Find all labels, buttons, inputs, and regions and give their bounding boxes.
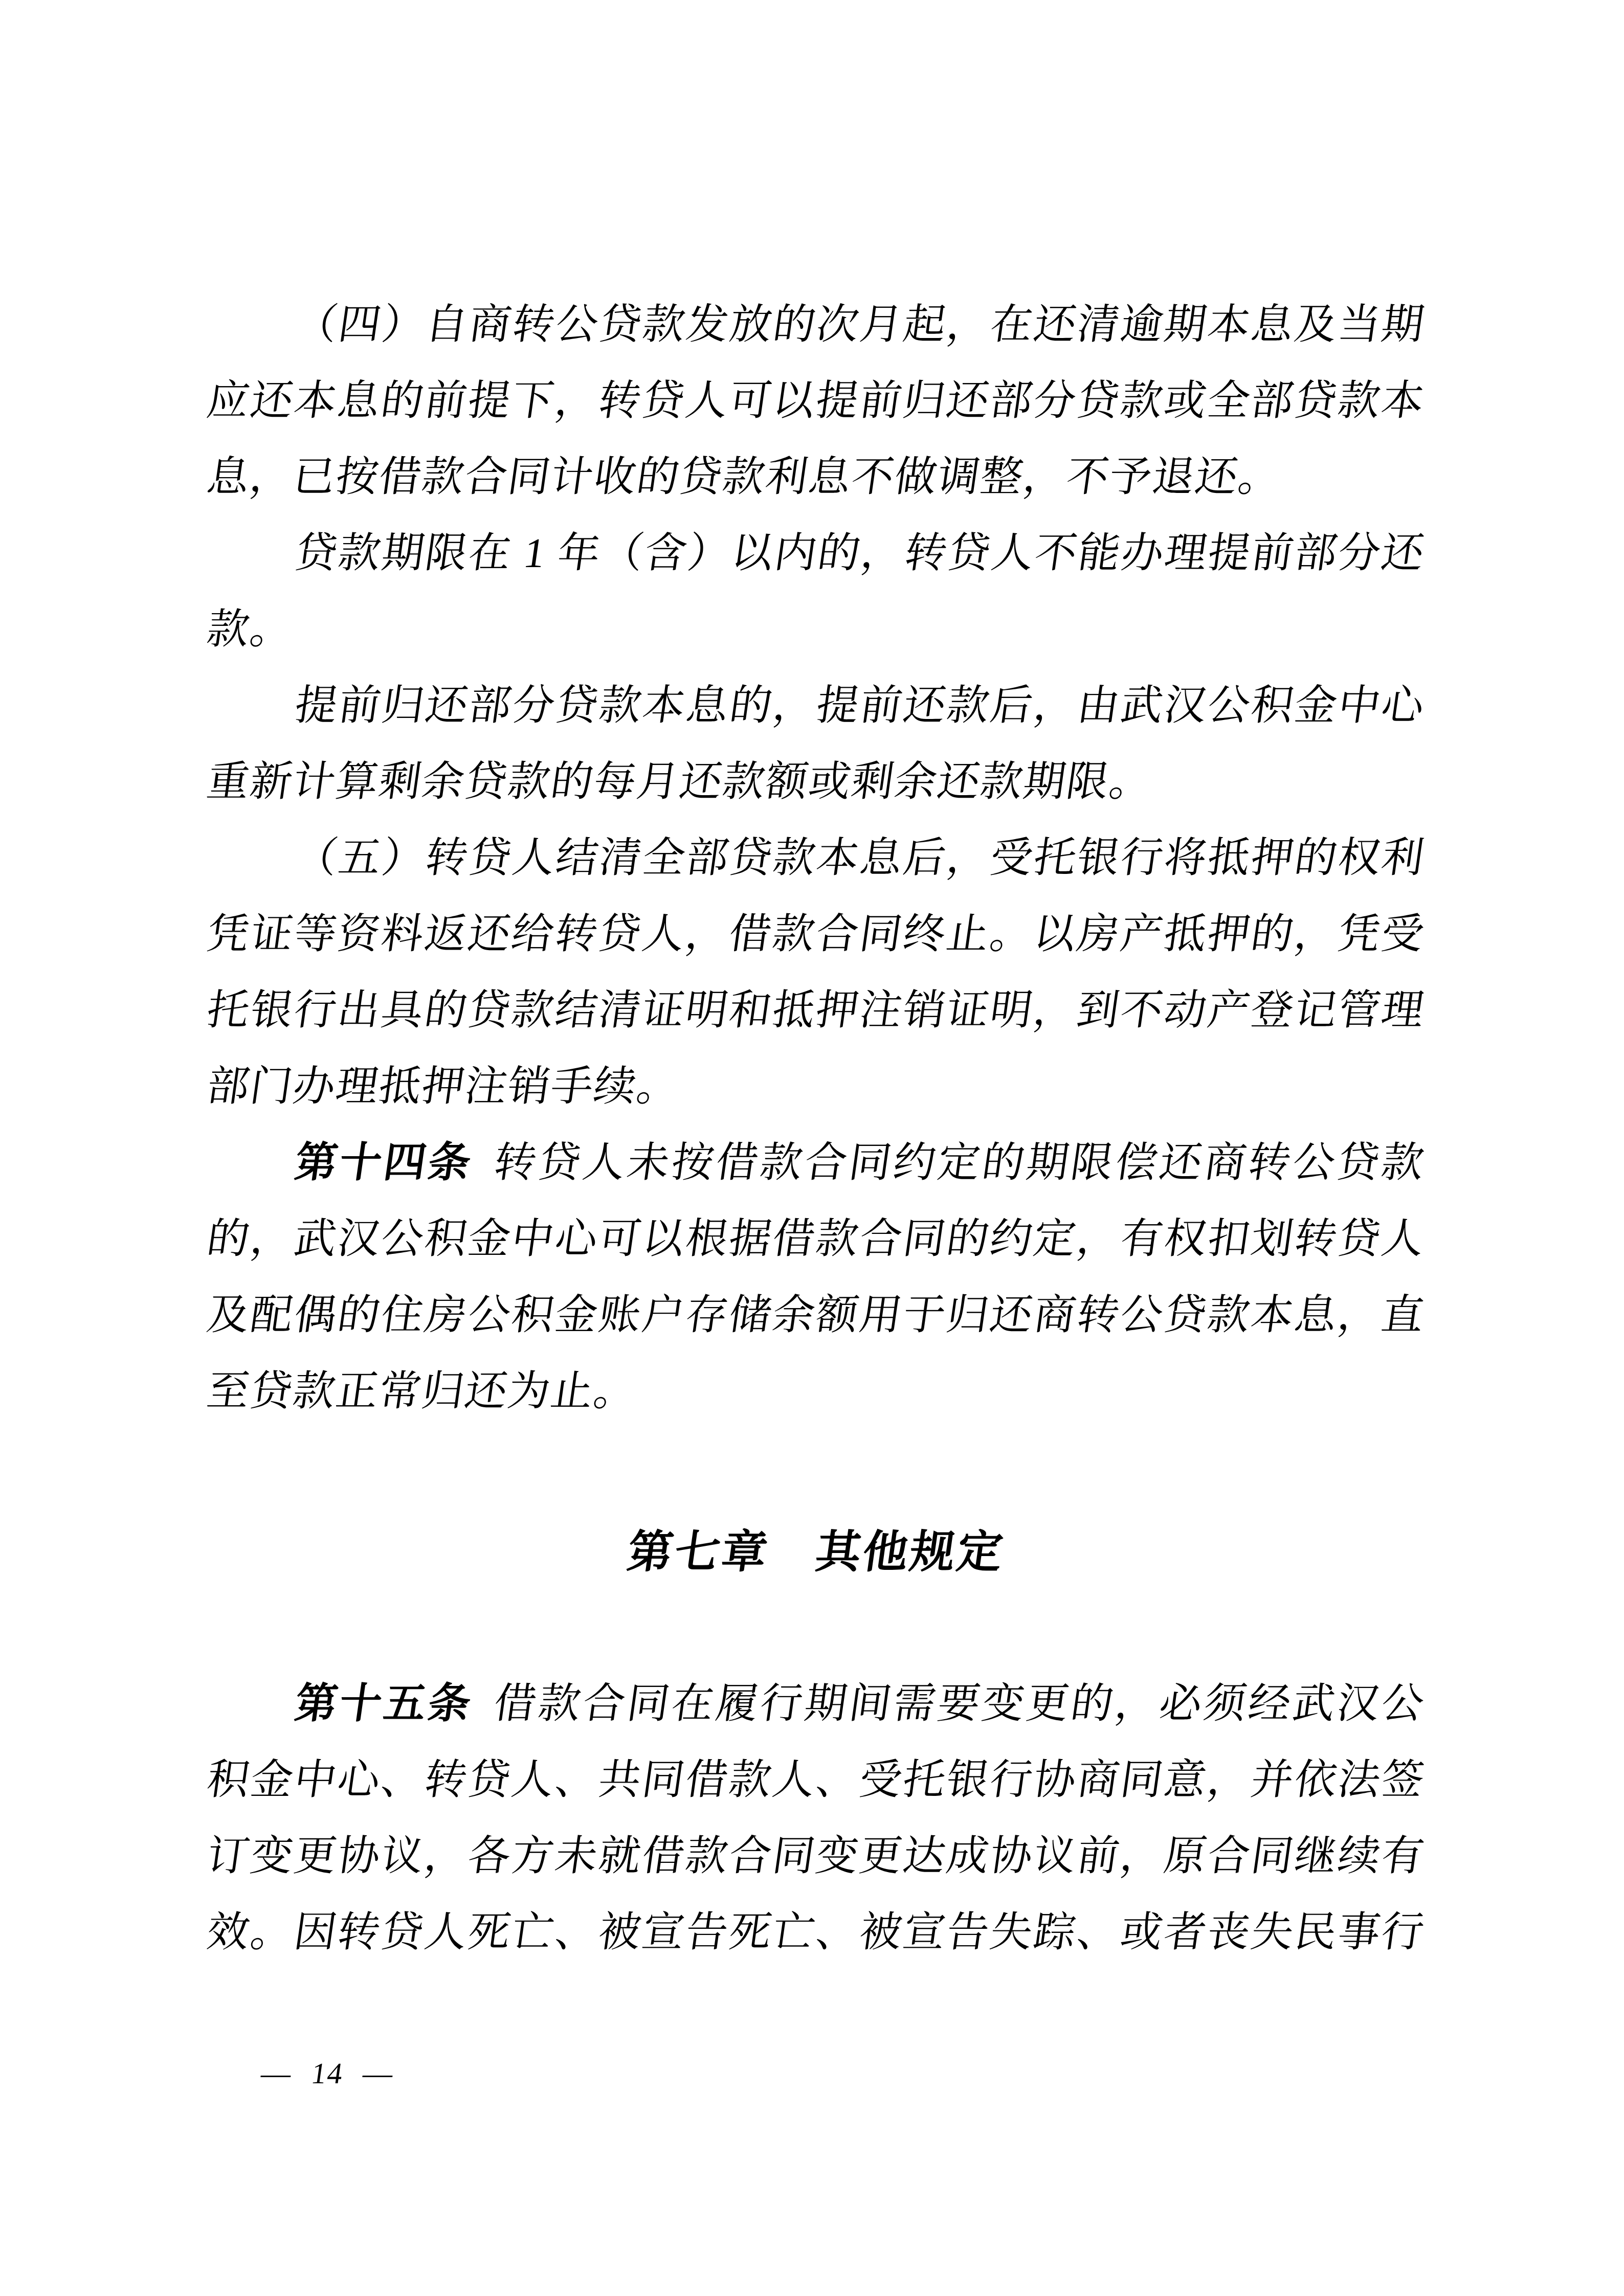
paragraph-line: 订变更协议，各方未就借款合同变更达成协议前，原合同继续有	[202, 1818, 1430, 1894]
paragraph-line: 的，武汉公积金中心可以根据借款合同的约定，有权扣划转贷人	[202, 1201, 1430, 1277]
paragraph-line: 部门办理抵押注销手续。	[202, 1048, 1430, 1124]
paragraph-line: （五）转贷人结清全部贷款本息后，受托银行将抵押的权利	[202, 820, 1430, 896]
paragraph-line-article-15: 第十五条借款合同在履行期间需要变更的，必须经武汉公	[202, 1665, 1430, 1742]
chapter-heading: 第七章 其他规定	[202, 1514, 1430, 1590]
line-text: 借款合同在履行期间需要变更的，必须经武汉公	[491, 1680, 1428, 1727]
paragraph-line: 效。因转贷人死亡、被宣告死亡、被宣告失踪、或者丧失民事行	[202, 1894, 1430, 1970]
paragraph-line: 应还本息的前提下，转贷人可以提前归还部分贷款或全部贷款本	[202, 363, 1430, 439]
article-term: 第十五条	[292, 1680, 498, 1727]
article-term: 第十四条	[292, 1139, 498, 1186]
document-page: （四）自商转公贷款发放的次月起，在还清逾期本息及当期 应还本息的前提下，转贷人可…	[0, 0, 1624, 2296]
page-number: — 14 —	[258, 2053, 396, 2094]
paragraph-line: 积金中心、转贷人、共同借款人、受托银行协商同意，并依法签	[202, 1742, 1430, 1818]
paragraph-line: 息，已按借款合同计收的贷款利息不做调整，不予退还。	[202, 439, 1430, 515]
paragraph-line: 及配偶的住房公积金账户存储余额用于归还商转公贷款本息，直	[202, 1277, 1430, 1353]
line-text: 转贷人未按借款合同约定的期限偿还商转公贷款	[491, 1139, 1428, 1186]
paragraph-line: （四）自商转公贷款发放的次月起，在还清逾期本息及当期	[202, 286, 1430, 363]
paragraph-line: 重新计算剩余贷款的每月还款额或剩余还款期限。	[202, 744, 1430, 820]
paragraph-line: 凭证等资料返还给转贷人，借款合同终止。以房产抵押的，凭受	[202, 896, 1430, 972]
text-block: （四）自商转公贷款发放的次月起，在还清逾期本息及当期 应还本息的前提下，转贷人可…	[202, 286, 1419, 1970]
paragraph-line: 托银行出具的贷款结清证明和抵押注销证明，到不动产登记管理	[202, 972, 1430, 1048]
paragraph-line: 贷款期限在 1 年（含）以内的，转贷人不能办理提前部分还	[202, 515, 1430, 591]
paragraph-line: 至贷款正常归还为止。	[202, 1353, 1430, 1429]
paragraph-line-article-14: 第十四条转贷人未按借款合同约定的期限偿还商转公贷款	[202, 1124, 1430, 1201]
paragraph-line: 款。	[202, 591, 1430, 667]
paragraph-line: 提前归还部分贷款本息的，提前还款后，由武汉公积金中心	[202, 667, 1430, 744]
